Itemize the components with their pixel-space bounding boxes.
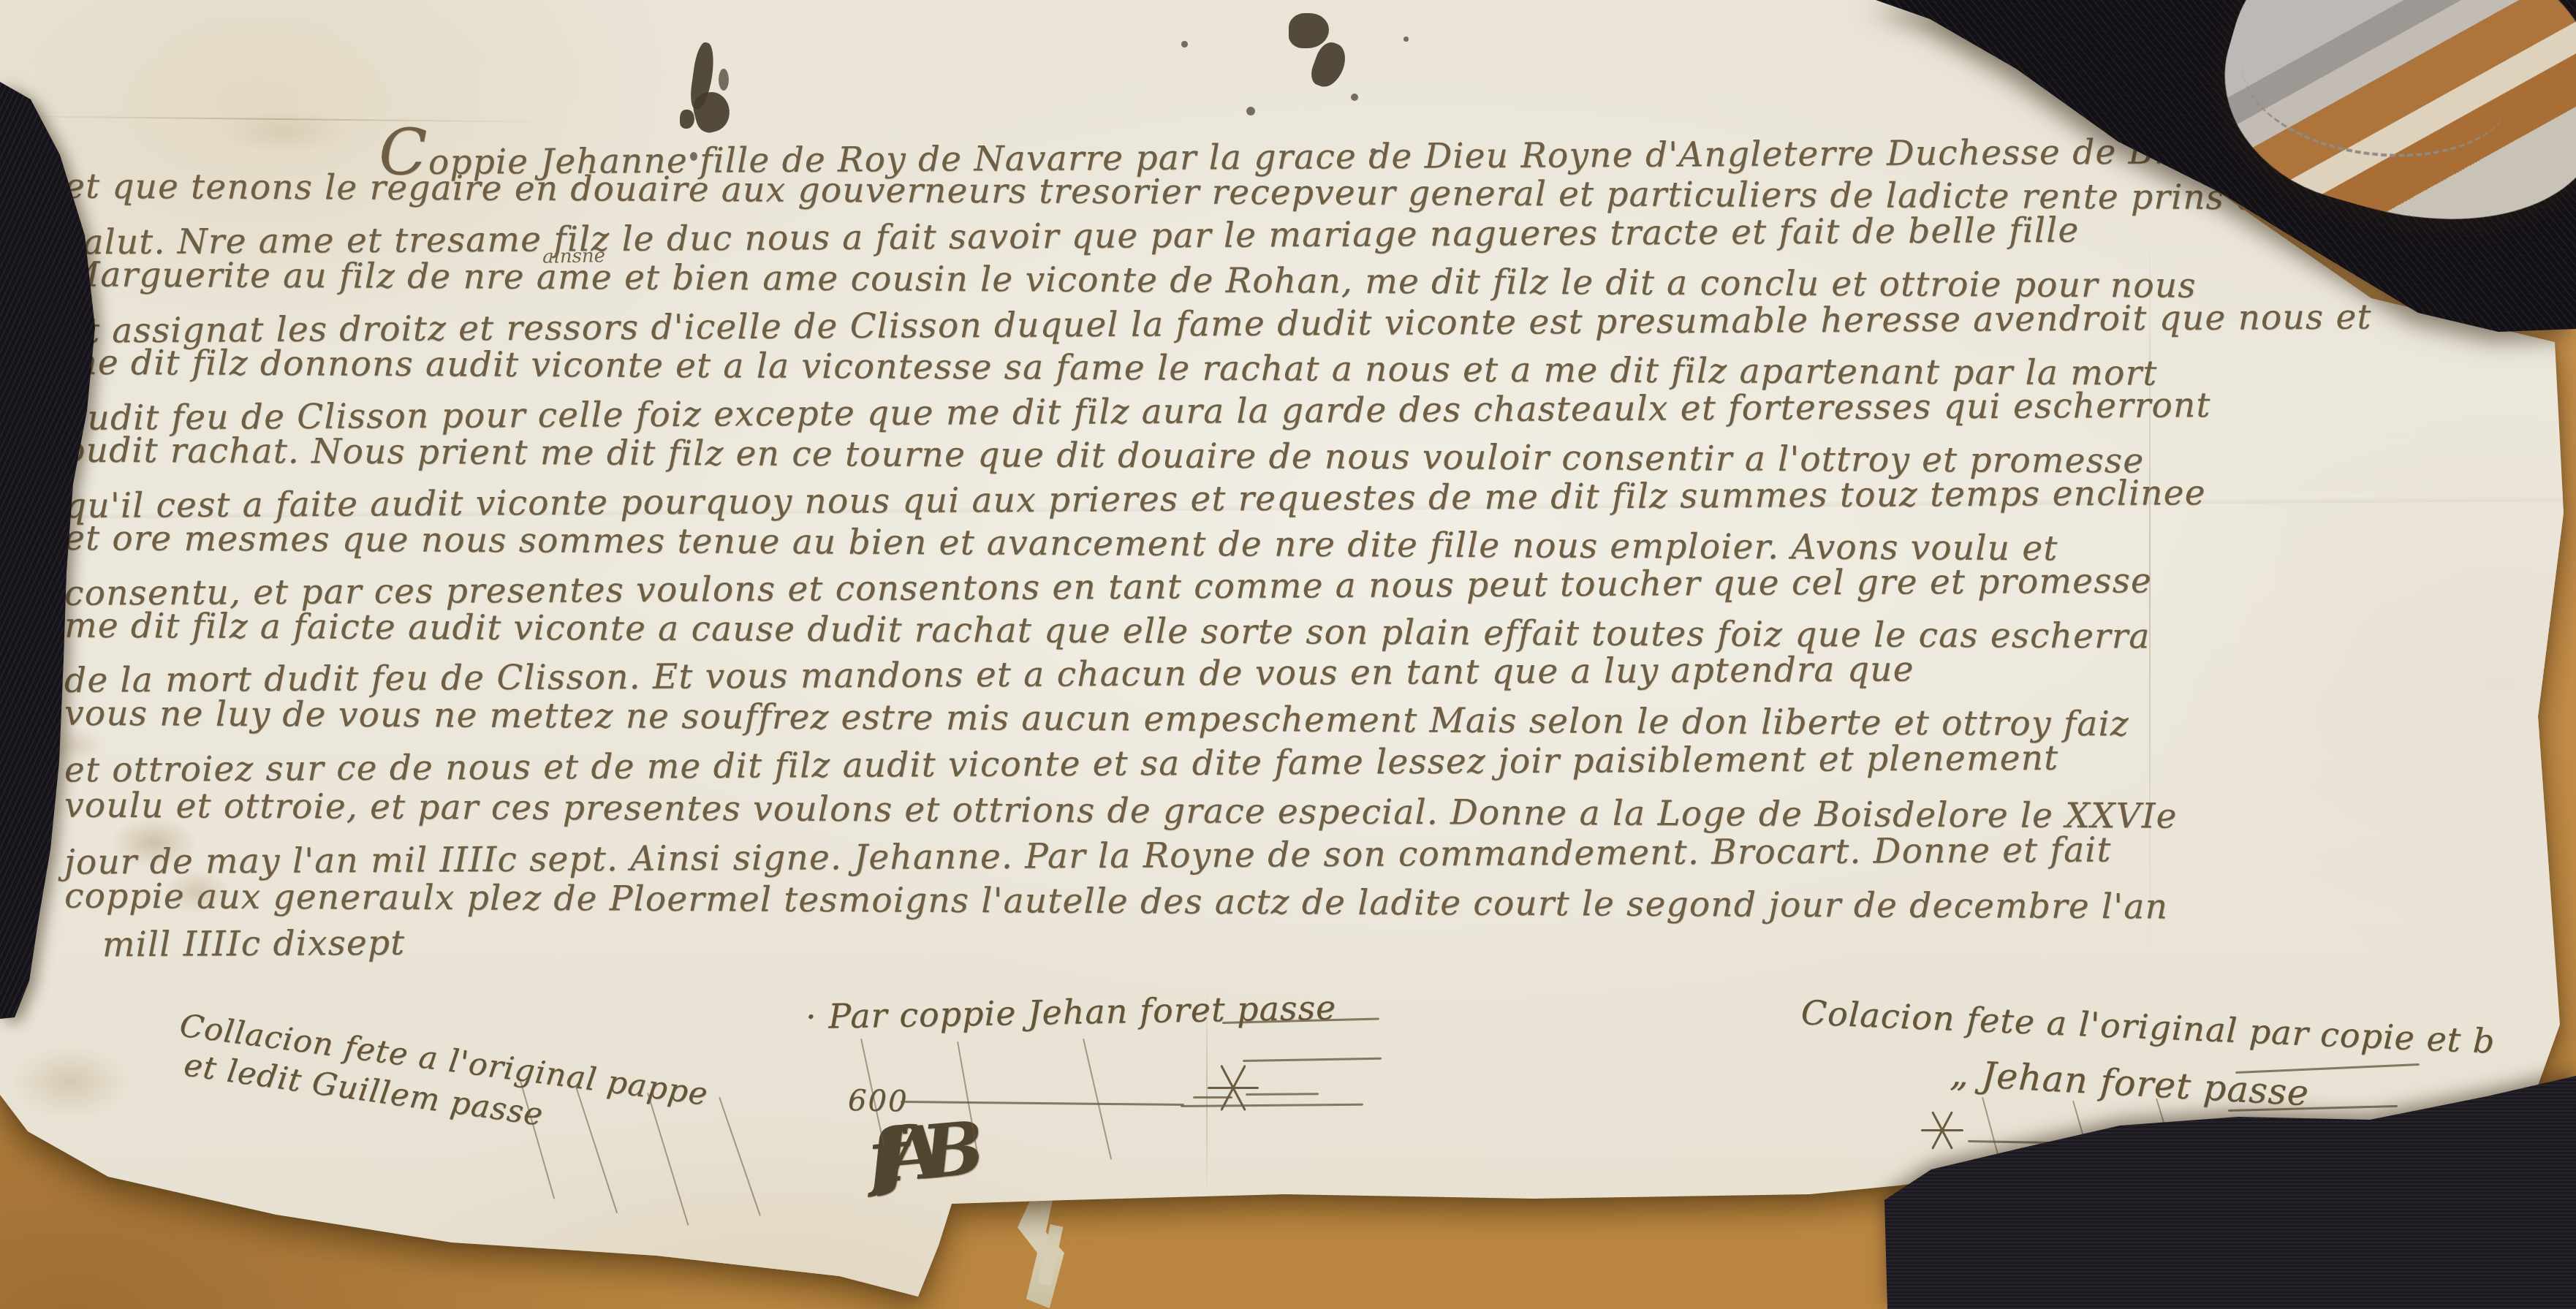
ink-blot (689, 42, 717, 111)
manuscript-line: salut. Nre ame et tresame filz le duc no… (64, 213, 2080, 260)
paraph-flourish (2235, 1063, 2420, 1074)
manuscript-line: qu'il cest a faite audit viconte pourquo… (64, 476, 2206, 523)
manuscript-line: dudit feu de Clisson pour celle foiz exc… (64, 388, 2211, 436)
stitch-seam (2233, 0, 2524, 172)
paraph-flourish (2228, 1105, 2398, 1112)
fold-crease (0, 115, 556, 123)
stain (219, 110, 351, 153)
interline-addition: ainsne (542, 245, 606, 268)
ink-blot (1289, 13, 1329, 48)
manuscript-line: Marguerite au filz de nre ame et bien am… (64, 257, 2197, 303)
flourish-descender (647, 1093, 689, 1226)
manuscript-line: et que tenons le regaire en douaire aux … (64, 169, 2455, 216)
paraph-star (1208, 1061, 1259, 1112)
ink-blot (690, 88, 734, 136)
ink-blot (1308, 39, 1351, 91)
manuscript-line: mill IIIIc dixsept (102, 926, 406, 963)
manuscript-line: vous ne luy de vous ne mettez ne souffre… (64, 697, 2129, 742)
fold-crease (1206, 987, 1208, 1199)
collation-note-left-2: et ledit Guillem passe (182, 1050, 545, 1131)
stroke (1931, 1111, 1953, 1150)
fold-crease (2149, 219, 2151, 950)
flourish-descender (2156, 1099, 2189, 1204)
paraph-star (1921, 1108, 1963, 1150)
flourish-descender (957, 1041, 979, 1157)
flourish-descender (860, 1039, 884, 1146)
paraph-flourish (1243, 1058, 1382, 1062)
paraph-flourish (1968, 1140, 2104, 1145)
flourish-descender (719, 1097, 761, 1216)
notary-monogram: ffAB (865, 1113, 965, 1194)
fabric-roll-weight (2197, 0, 2576, 263)
fee-tally: 600 (848, 1086, 909, 1116)
collation-note-left: Collacion fete a l'original pappe (178, 1010, 710, 1111)
stroke (1931, 1111, 1953, 1150)
ink-blot (690, 152, 697, 161)
manuscript-line: et assignat les droitz et ressors d'icel… (64, 300, 2372, 348)
ink-blot (1351, 94, 1358, 101)
paraph-flourish (1222, 1017, 1379, 1024)
fold-crease (0, 494, 2576, 520)
flourish-descender (520, 1081, 555, 1199)
manuscript-line: de la mort dudit feu de Clisson. Et vous… (64, 652, 1914, 697)
ink-blot (1371, 148, 1376, 154)
stain (164, 870, 230, 914)
manuscript-line: coppie aux generaulx plez de Ploermel te… (64, 879, 2168, 924)
stain (51, 727, 102, 764)
tally-line (1246, 1093, 1319, 1096)
ink-blot (719, 69, 729, 91)
flourish-descender (575, 1087, 618, 1214)
manuscript-line: et ottroiez sur ce de nous et de me dit … (64, 741, 2059, 788)
stroke (1208, 1087, 1259, 1089)
manuscript-line: et ore mesmes que nous sommes tenue au b… (64, 521, 2058, 566)
copy-attestation: · Par coppie Jehan foret passe (806, 990, 1337, 1033)
manuscript-line: jour de may l'an mil IIIIc sept. Ainsi s… (64, 832, 2112, 879)
paraph-flourish (1181, 1104, 1363, 1107)
manuscript-line: consentu, et par ces presentes voulons e… (64, 564, 2152, 610)
stroke (1921, 1129, 1963, 1131)
stain (110, 817, 197, 868)
stroke (1220, 1065, 1246, 1111)
flourish-descender (1982, 1097, 2012, 1203)
wooden-table-background: Coppie Jehanne fille de Roy de Navarre p… (0, 0, 2576, 1309)
ink-blot (680, 110, 694, 129)
tally-line (1193, 1096, 1232, 1099)
manuscript-line: me dit filz donnons audit viconte et a l… (64, 346, 2158, 391)
manuscript-line: oudit rachat. Nous prient me dit filz en… (64, 433, 2145, 479)
stroke (1220, 1065, 1246, 1111)
parchment-document: Coppie Jehanne fille de Roy de Navarre p… (0, 0, 2576, 1309)
flourish-descender (2072, 1101, 2106, 1213)
fabric-weight-top-right (0, 0, 2576, 1309)
manuscript-line: me dit filz a faicte audit viconte a cau… (64, 609, 2151, 654)
flourish-descender (1083, 1039, 1112, 1160)
collation-note-right: Colacion fete a l'original par copie et … (1800, 995, 2496, 1058)
fabric-weight-left (0, 0, 2576, 1309)
fabric-weight-bottom-right (0, 0, 2576, 1309)
ink-blot (1181, 41, 1188, 48)
ink-blot (1403, 37, 1409, 42)
manuscript-line: voulu et ottroie, et par ces presentes v… (64, 788, 2178, 833)
seal-tag (1010, 1193, 1072, 1308)
tally-line (901, 1101, 1184, 1106)
ink-blot (1246, 107, 1255, 115)
stain (12, 1045, 129, 1118)
notary-signature-right: „ Jehan foret passe (1950, 1055, 2311, 1111)
